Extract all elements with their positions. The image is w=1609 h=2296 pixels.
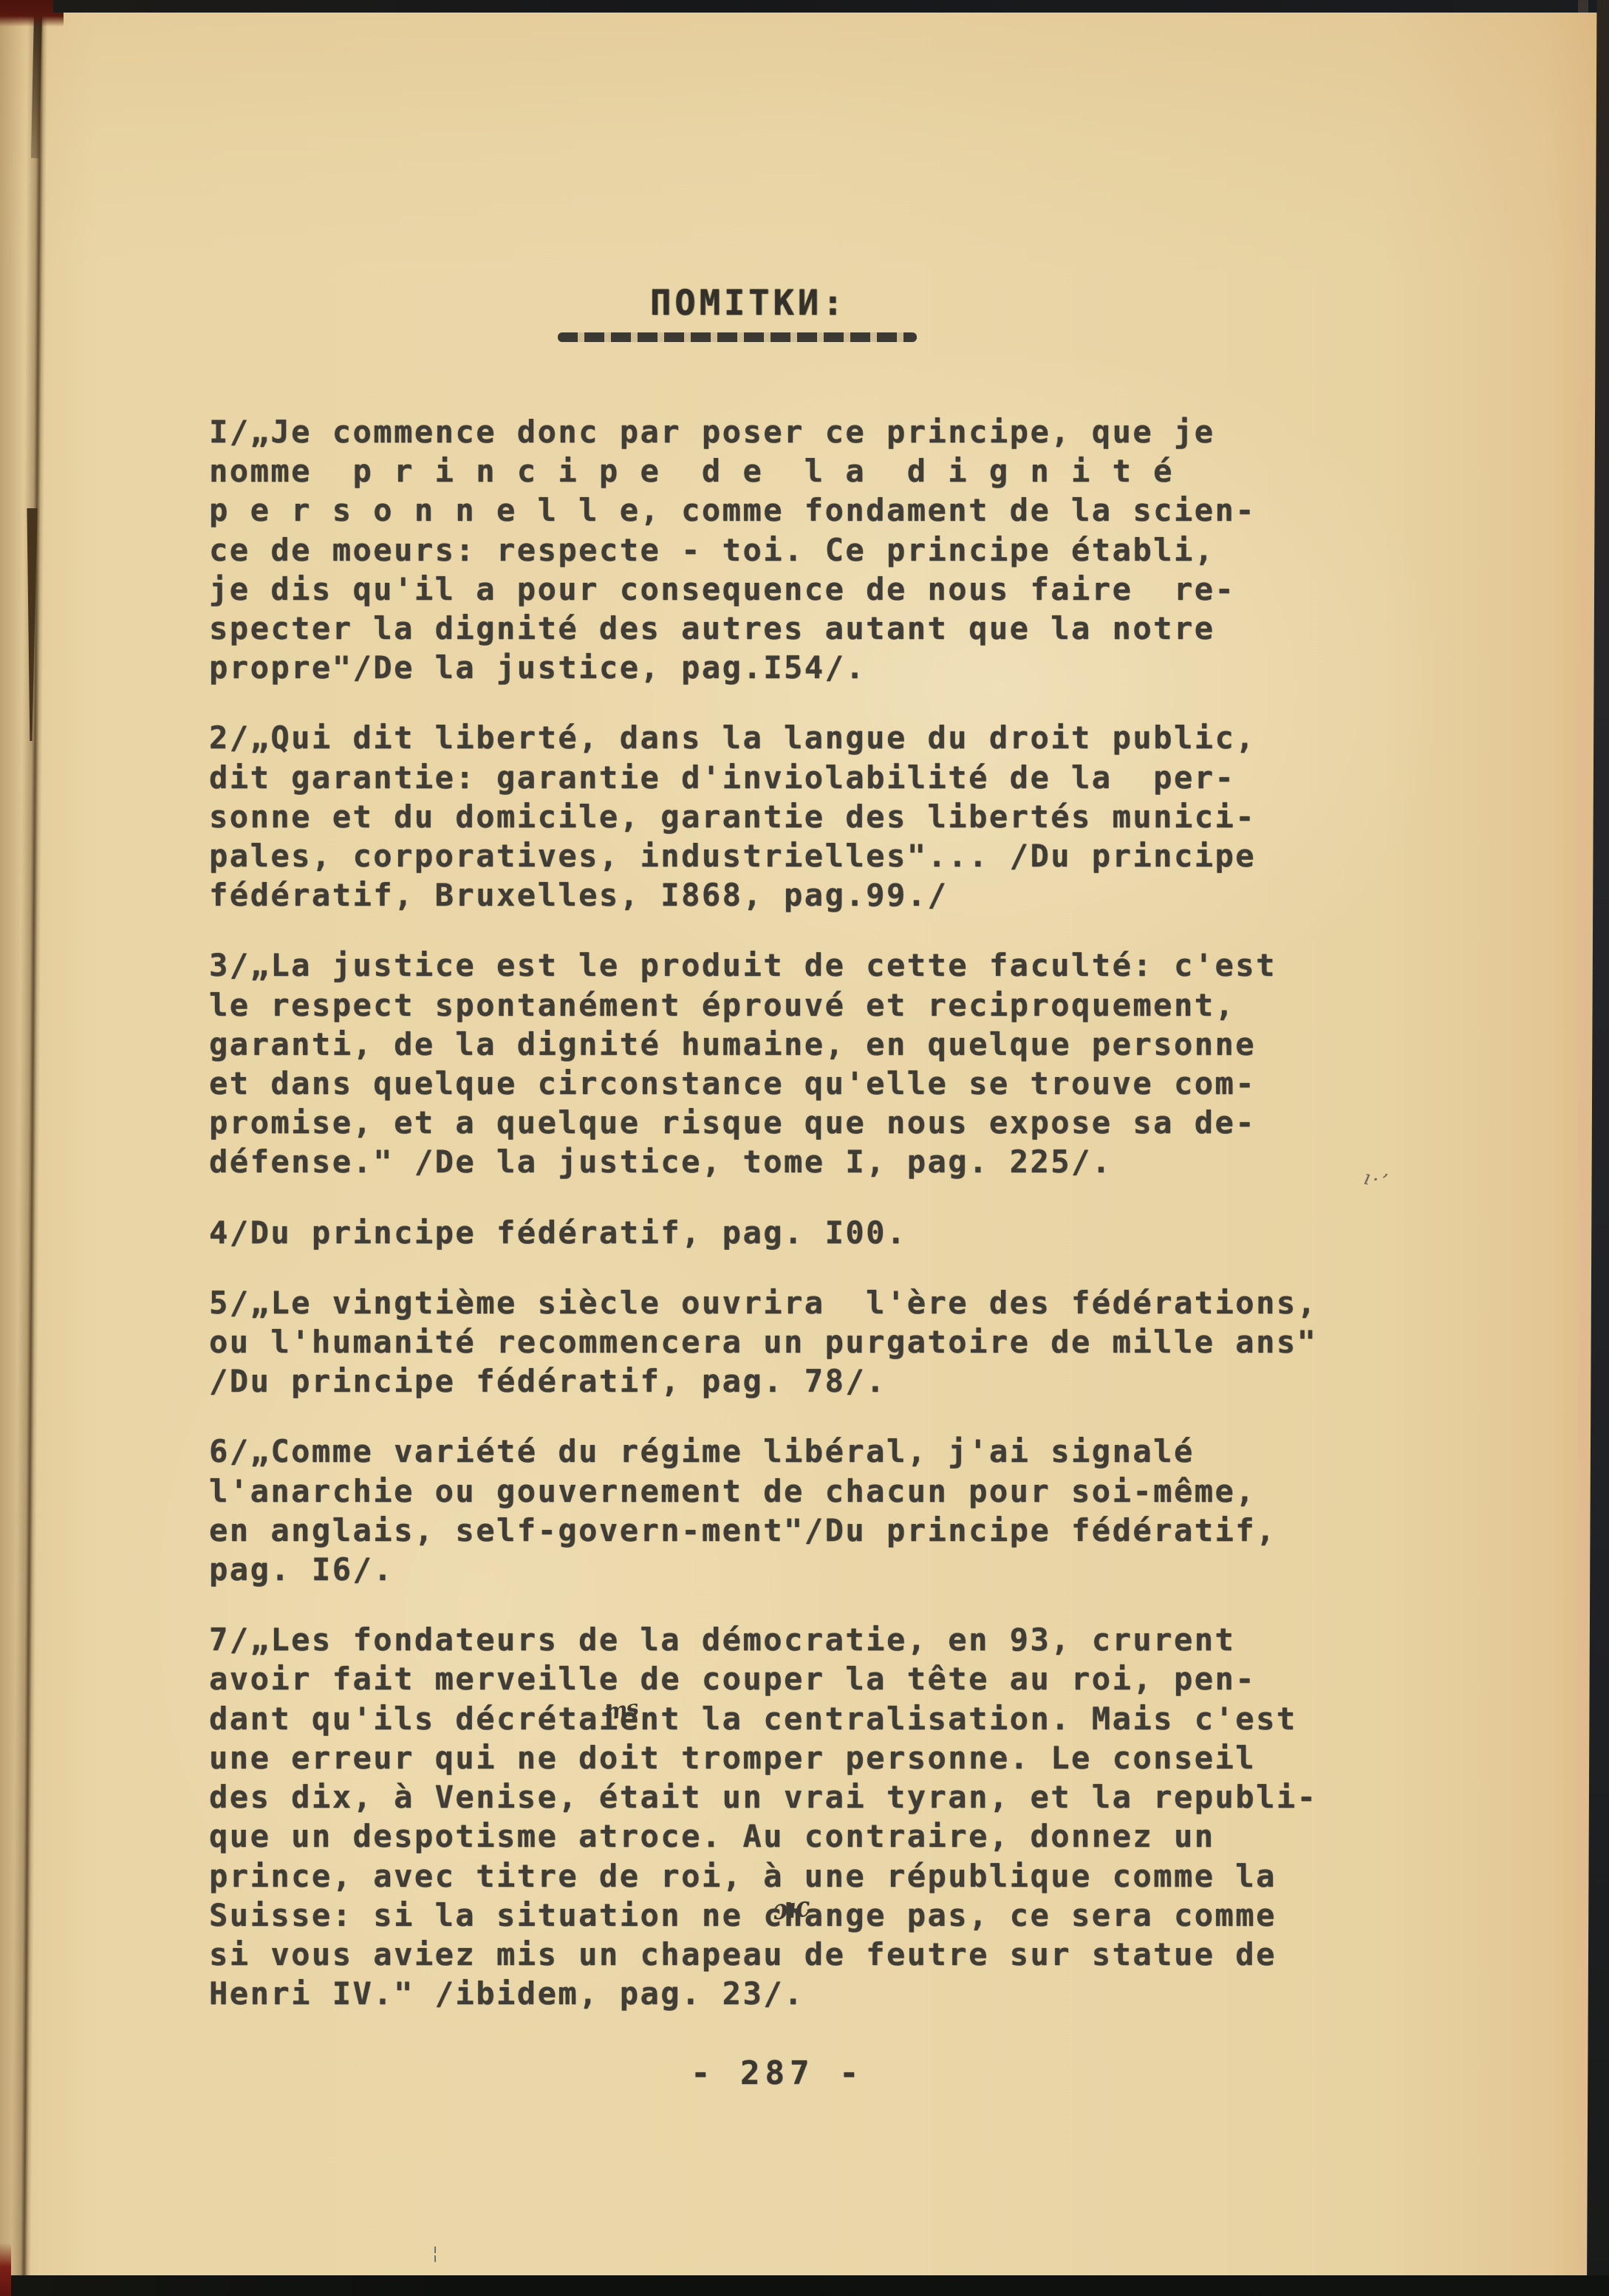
- scan-edge-bottom: [0, 2275, 1609, 2296]
- handwritten-cross-mark: ж: [771, 1890, 811, 1927]
- note-paragraph: 4/Du principe fédératif, pag. I00.: [209, 1213, 1362, 1252]
- scan-edge-right: [1587, 0, 1609, 2296]
- page-edge-highlight: [1578, 0, 1588, 2296]
- page-number: - 287 -: [691, 2054, 1362, 2093]
- scan-edge-bottom-red: [0, 2243, 11, 2296]
- note-paragraph: 2/„Qui dit liberté, dans la langue du dr…: [209, 718, 1362, 915]
- page-content: ПОМІТКИ: I/„Je commence donc par poser c…: [209, 0, 1362, 2093]
- note-paragraph: I/„Je commence donc par poser ce princip…: [209, 412, 1362, 687]
- pencil-mark: ı·’: [1362, 1166, 1391, 1195]
- notes-list: I/„Je commence donc par poser ce princip…: [209, 412, 1362, 2013]
- page-title: ПОМІТКИ:: [650, 282, 1362, 325]
- ink-speck: ¦: [432, 2243, 438, 2263]
- note-paragraph: 3/„La justice est le produit de cette fa…: [209, 946, 1362, 1181]
- title-underline: [558, 332, 917, 342]
- handwritten-scribble: ms: [603, 1695, 640, 1726]
- note-paragraph: 6/„Comme variété du régime libéral, j'ai…: [209, 1432, 1362, 1589]
- note-paragraph: 7/„Les fondateurs de la démocratie, en 9…: [209, 1620, 1362, 2013]
- note-paragraph: 5/„Le vingtième siècle ouvrira l'ère des…: [209, 1283, 1362, 1401]
